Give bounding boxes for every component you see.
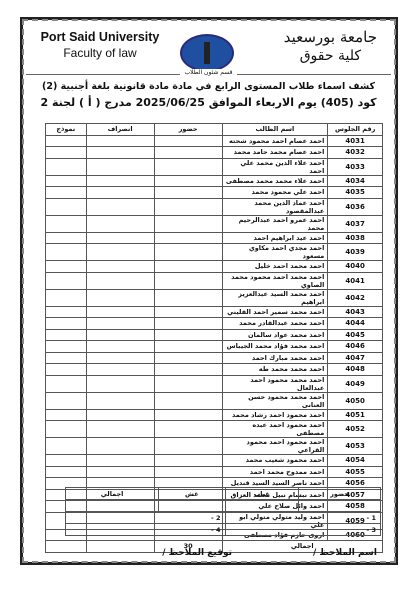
student-name: احمد محمد مبارك احمد <box>222 352 328 364</box>
header-english: Port Said University Faculty of law <box>30 30 170 60</box>
summary-line-3: 3 - <box>225 524 380 536</box>
summary-line-1: 1 - <box>225 512 380 524</box>
exam-details: كود (405) يوم الاربعاء الموافق 2025/06/2… <box>0 96 417 109</box>
table-row: 4052احمد محمود احمد عبده مصطفى <box>46 421 383 438</box>
university-name-ar: جامعة بورسعيد <box>284 28 377 46</box>
table-row: 4055احمد ممدوح محمد احمد <box>46 466 383 478</box>
university-name-en: Port Said University <box>30 30 170 44</box>
table-row: 4054احمد محمود شعيب محمد <box>46 455 383 467</box>
model-cell <box>46 175 87 187</box>
student-name: احمد مجدي احمد مكاوي مسعود <box>222 244 328 261</box>
summary-absent: غياب <box>225 488 299 500</box>
departure-cell <box>86 364 154 376</box>
attendance-cell <box>154 215 222 232</box>
departure-cell <box>86 438 154 455</box>
table-row: 4035احمد علي محمود محمد <box>46 187 383 199</box>
departure-cell <box>86 329 154 341</box>
seat-number: 4044 <box>328 318 383 330</box>
summary-cheating: غش <box>159 488 225 500</box>
faculty-name-en: Faculty of law <box>30 46 170 60</box>
student-name: احمد محمود احمد رشاد محمد <box>222 409 328 421</box>
table-row: 4031احمد عصام احمد محمود شحته <box>46 135 383 147</box>
table-row: 4042احمد محمد السيد عبدالعزيز ابراهيم <box>46 289 383 306</box>
student-name: احمد علاء محمد محمد مصطفى <box>222 175 328 187</box>
attendance-cell <box>154 289 222 306</box>
student-name: احمد محمد عواد سالمان <box>222 329 328 341</box>
attendance-cell <box>154 158 222 175</box>
departure-cell <box>86 455 154 467</box>
table-row: 4043احمد محمد سمير احمد القليني <box>46 306 383 318</box>
header-arabic: جامعة بورسعيد كلية حقوق <box>284 28 377 64</box>
student-name: احمد عمرو احمد عبدالرحيم محمد <box>222 215 328 232</box>
departure-cell <box>86 466 154 478</box>
col-attendance: حضور <box>154 124 222 136</box>
student-name: احمد محمود احمد محمود القراعي <box>222 438 328 455</box>
table-row: 4051احمد محمود احمد رشاد محمد <box>46 409 383 421</box>
student-name: احمد ممدوح محمد احمد <box>222 466 328 478</box>
model-cell <box>46 466 87 478</box>
attendance-cell <box>154 438 222 455</box>
student-name: احمد محمد احمد محمود محمد الصاوي <box>222 272 328 289</box>
table-row: 4050احمد محمد محمود حسن العنانى <box>46 392 383 409</box>
table-row: 4039احمد مجدي احمد مكاوي مسعود <box>46 244 383 261</box>
seat-number: 4034 <box>328 175 383 187</box>
seat-number: 4037 <box>328 215 383 232</box>
model-cell <box>46 261 87 273</box>
model-cell <box>46 392 87 409</box>
observer-name-label: اسم الملاحظ / <box>313 548 377 558</box>
student-name: احمد محمد عبدالقادر محمد <box>222 318 328 330</box>
table-row: 4047احمد محمد مبارك احمد <box>46 352 383 364</box>
model-cell <box>46 306 87 318</box>
student-name: احمد محمود شعيب محمد <box>222 455 328 467</box>
attendance-cell <box>154 421 222 438</box>
attendance-cell <box>154 198 222 215</box>
seat-number: 4053 <box>328 438 383 455</box>
departure-cell <box>86 215 154 232</box>
attendance-cell <box>154 261 222 273</box>
model-cell <box>46 272 87 289</box>
departure-cell <box>86 318 154 330</box>
seat-number: 4047 <box>328 352 383 364</box>
summary-header-row: حضور غياب غش اجمالي <box>66 488 381 500</box>
model-cell <box>46 341 87 353</box>
attendance-cell <box>154 455 222 467</box>
model-cell <box>46 158 87 175</box>
attendance-cell <box>154 135 222 147</box>
observer-signature-label: توقيع الملاحظ / <box>162 548 232 558</box>
seat-number: 4033 <box>328 158 383 175</box>
model-cell <box>46 147 87 159</box>
model-cell <box>46 329 87 341</box>
seat-number: 4040 <box>328 261 383 273</box>
attendance-cell <box>154 341 222 353</box>
model-cell <box>46 364 87 376</box>
table-row: 4034احمد علاء محمد محمد مصطفى <box>46 175 383 187</box>
student-name: احمد علي محمود محمد <box>222 187 328 199</box>
model-cell <box>46 232 87 244</box>
col-seat-number: رقم الجلوس <box>328 124 383 136</box>
table-row: 4049احمد محمد محمود احمد عبدالعال <box>46 375 383 392</box>
model-cell <box>46 187 87 199</box>
departure-cell <box>86 409 154 421</box>
summary-present: حضور <box>299 488 381 500</box>
model-cell <box>46 289 87 306</box>
departure-cell <box>86 232 154 244</box>
departure-cell <box>86 244 154 261</box>
attendance-cell <box>154 175 222 187</box>
department-label: قسم شئون الطلاب <box>0 69 417 76</box>
seat-number: 4052 <box>328 421 383 438</box>
departure-cell <box>86 289 154 306</box>
table-row: 4053احمد محمود احمد محمود القراعي <box>46 438 383 455</box>
seat-number: 4055 <box>328 466 383 478</box>
table-row: 4041احمد محمد احمد محمود محمد الصاوي <box>46 272 383 289</box>
seat-number: 4050 <box>328 392 383 409</box>
table-row: 4032احمد عصام محمد حامد محمد <box>46 147 383 159</box>
student-name: احمد محمد محمود احمد عبدالعال <box>222 375 328 392</box>
seat-number: 4041 <box>328 272 383 289</box>
student-name: احمد عيد ابراهيم احمد <box>222 232 328 244</box>
attendance-cell <box>154 466 222 478</box>
table-row: 4036احمد عماد الدين محمد عبدالمقصود <box>46 198 383 215</box>
model-cell <box>46 244 87 261</box>
model-cell <box>46 438 87 455</box>
departure-cell <box>86 375 154 392</box>
departure-cell <box>86 392 154 409</box>
attendance-cell <box>154 272 222 289</box>
model-cell <box>46 215 87 232</box>
faculty-name-ar: كلية حقوق <box>284 48 361 64</box>
seat-number: 4032 <box>328 147 383 159</box>
table-row: 4045احمد محمد عواد سالمان <box>46 329 383 341</box>
attendance-cell <box>154 364 222 376</box>
document-title: كشف اسماء طلاب المستوى الرابع في مادة ما… <box>0 81 417 92</box>
table-row: 4040احمد محمد احمد خليل <box>46 261 383 273</box>
seat-number: 4031 <box>328 135 383 147</box>
seat-number: 4048 <box>328 364 383 376</box>
attendance-cell <box>154 329 222 341</box>
model-cell <box>46 135 87 147</box>
model-cell <box>46 375 87 392</box>
departure-cell <box>86 352 154 364</box>
model-cell <box>46 318 87 330</box>
col-model: نموذج <box>46 124 87 136</box>
seat-number: 4035 <box>328 187 383 199</box>
attendance-cell <box>154 244 222 261</box>
student-name: احمد علاء الدين محمد علي احمد <box>222 158 328 175</box>
seat-number: 4049 <box>328 375 383 392</box>
attendance-cell <box>154 318 222 330</box>
departure-cell <box>86 158 154 175</box>
seat-number: 4039 <box>328 244 383 261</box>
model-cell <box>46 198 87 215</box>
attendance-cell <box>154 232 222 244</box>
student-name: احمد عماد الدين محمد عبدالمقصود <box>222 198 328 215</box>
student-name: احمد محمود احمد عبده مصطفى <box>222 421 328 438</box>
model-cell <box>46 455 87 467</box>
summary-line-4: 4 - <box>66 524 226 536</box>
table-row: 4044احمد محمد عبدالقادر محمد <box>46 318 383 330</box>
attendance-cell <box>154 147 222 159</box>
col-departure: انصراف <box>86 124 154 136</box>
model-cell <box>46 352 87 364</box>
departure-cell <box>86 421 154 438</box>
attendance-cell <box>154 306 222 318</box>
summary-total: اجمالي <box>66 488 159 500</box>
model-cell <box>46 421 87 438</box>
seat-number: 4036 <box>328 198 383 215</box>
table-row: 4033احمد علاء الدين محمد علي احمد <box>46 158 383 175</box>
seat-number: 4046 <box>328 341 383 353</box>
seat-number: 4045 <box>328 329 383 341</box>
departure-cell <box>86 306 154 318</box>
col-student-name: اسم الطالب <box>222 124 328 136</box>
table-row: 4048احمد محمد محمد طه <box>46 364 383 376</box>
attendance-cell <box>154 352 222 364</box>
student-name: احمد محمد السيد عبدالعزيز ابراهيم <box>222 289 328 306</box>
departure-cell <box>86 198 154 215</box>
student-name: احمد محمد سمير احمد القليني <box>222 306 328 318</box>
table-row: 4038احمد عيد ابراهيم احمد <box>46 232 383 244</box>
summary-line-2: 2 - <box>66 512 226 524</box>
student-name: احمد محمد محمود حسن العنانى <box>222 392 328 409</box>
student-name: احمد عصام احمد محمود شحته <box>222 135 328 147</box>
departure-cell <box>86 135 154 147</box>
departure-cell <box>86 341 154 353</box>
attendance-cell <box>154 375 222 392</box>
departure-cell <box>86 187 154 199</box>
seat-number: 4038 <box>328 232 383 244</box>
seat-number: 4054 <box>328 455 383 467</box>
attendance-cell <box>154 392 222 409</box>
departure-cell <box>86 272 154 289</box>
attendance-cell <box>154 187 222 199</box>
departure-cell <box>86 261 154 273</box>
student-name: احمد محمد احمد خليل <box>222 261 328 273</box>
table-row: 4046احمد محمد فؤاد محمد الجيباس <box>46 341 383 353</box>
seat-number: 4042 <box>328 289 383 306</box>
table-header-row: رقم الجلوس اسم الطالب حضور انصراف نموذج <box>46 124 383 136</box>
seat-number: 4051 <box>328 409 383 421</box>
departure-cell <box>86 175 154 187</box>
table-row: 4037احمد عمرو احمد عبدالرحيم محمد <box>46 215 383 232</box>
student-name: احمد محمد فؤاد محمد الجيباس <box>222 341 328 353</box>
student-name: احمد محمد محمد طه <box>222 364 328 376</box>
departure-cell <box>86 147 154 159</box>
model-cell <box>46 409 87 421</box>
summary-table: حضور غياب غش اجمالي 1 - 2 - 3 - 4 - <box>65 487 381 536</box>
university-logo-icon <box>180 34 234 72</box>
attendance-cell <box>154 409 222 421</box>
student-name: احمد عصام محمد حامد محمد <box>222 147 328 159</box>
seat-number: 4043 <box>328 306 383 318</box>
